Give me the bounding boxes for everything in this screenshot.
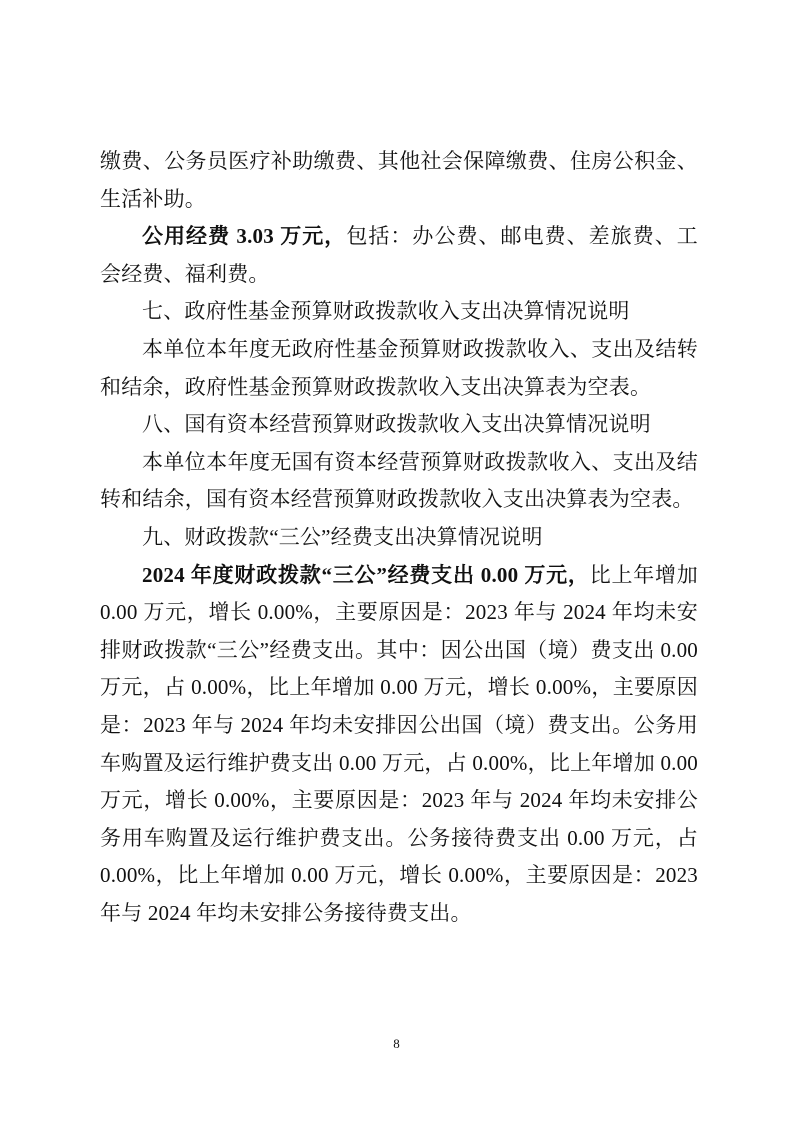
section-9-heading: 九、财政拨款“三公”经费支出决算情况说明 <box>100 519 698 557</box>
paragraph-text: 比上年增加 0.00 万元，增长 0.00%，主要原因是：2023 年与 202… <box>100 563 698 925</box>
section-8-body: 本单位本年度无国有资本经营预算财政拨款收入、支出及结转和结余，国有资本经营预算财… <box>100 444 698 519</box>
heading-text: 七、政府性基金预算财政拨款收入支出决算情况说明 <box>142 299 630 323</box>
paragraph-bold-lead: 2024 年度财政拨款“三公”经费支出 0.00 万元， <box>142 563 590 587</box>
paragraph-continuation: 缴费、公务员医疗补助缴费、其他社会保障缴费、住房公积金、生活补助。 <box>100 143 698 218</box>
section-8-heading: 八、国有资本经营预算财政拨款收入支出决算情况说明 <box>100 406 698 444</box>
section-9-body: 2024 年度财政拨款“三公”经费支出 0.00 万元，比上年增加 0.00 万… <box>100 557 698 933</box>
heading-text: 八、国有资本经营预算财政拨款收入支出决算情况说明 <box>142 412 651 436</box>
heading-text: 九、财政拨款“三公”经费支出决算情况说明 <box>142 525 543 549</box>
section-7-heading: 七、政府性基金预算财政拨款收入支出决算情况说明 <box>100 293 698 331</box>
document-body: 缴费、公务员医疗补助缴费、其他社会保障缴费、住房公积金、生活补助。 公用经费 3… <box>100 143 698 932</box>
paragraph-text: 缴费、公务员医疗补助缴费、其他社会保障缴费、住房公积金、生活补助。 <box>100 149 698 211</box>
document-page: 缴费、公务员医疗补助缴费、其他社会保障缴费、住房公积金、生活补助。 公用经费 3… <box>0 0 793 1122</box>
section-7-body: 本单位本年度无政府性基金预算财政拨款收入、支出及结转和结余，政府性基金预算财政拨… <box>100 331 698 406</box>
paragraph-bold-lead: 公用经费 3.03 万元， <box>142 224 346 248</box>
paragraph-text: 本单位本年度无国有资本经营预算财政拨款收入、支出及结转和结余，国有资本经营预算财… <box>100 450 698 512</box>
paragraph-public-funds: 公用经费 3.03 万元，包括：办公费、邮电费、差旅费、工会经费、福利费。 <box>100 218 698 293</box>
page-number: 8 <box>0 1036 793 1052</box>
paragraph-text: 本单位本年度无政府性基金预算财政拨款收入、支出及结转和结余，政府性基金预算财政拨… <box>100 337 698 399</box>
